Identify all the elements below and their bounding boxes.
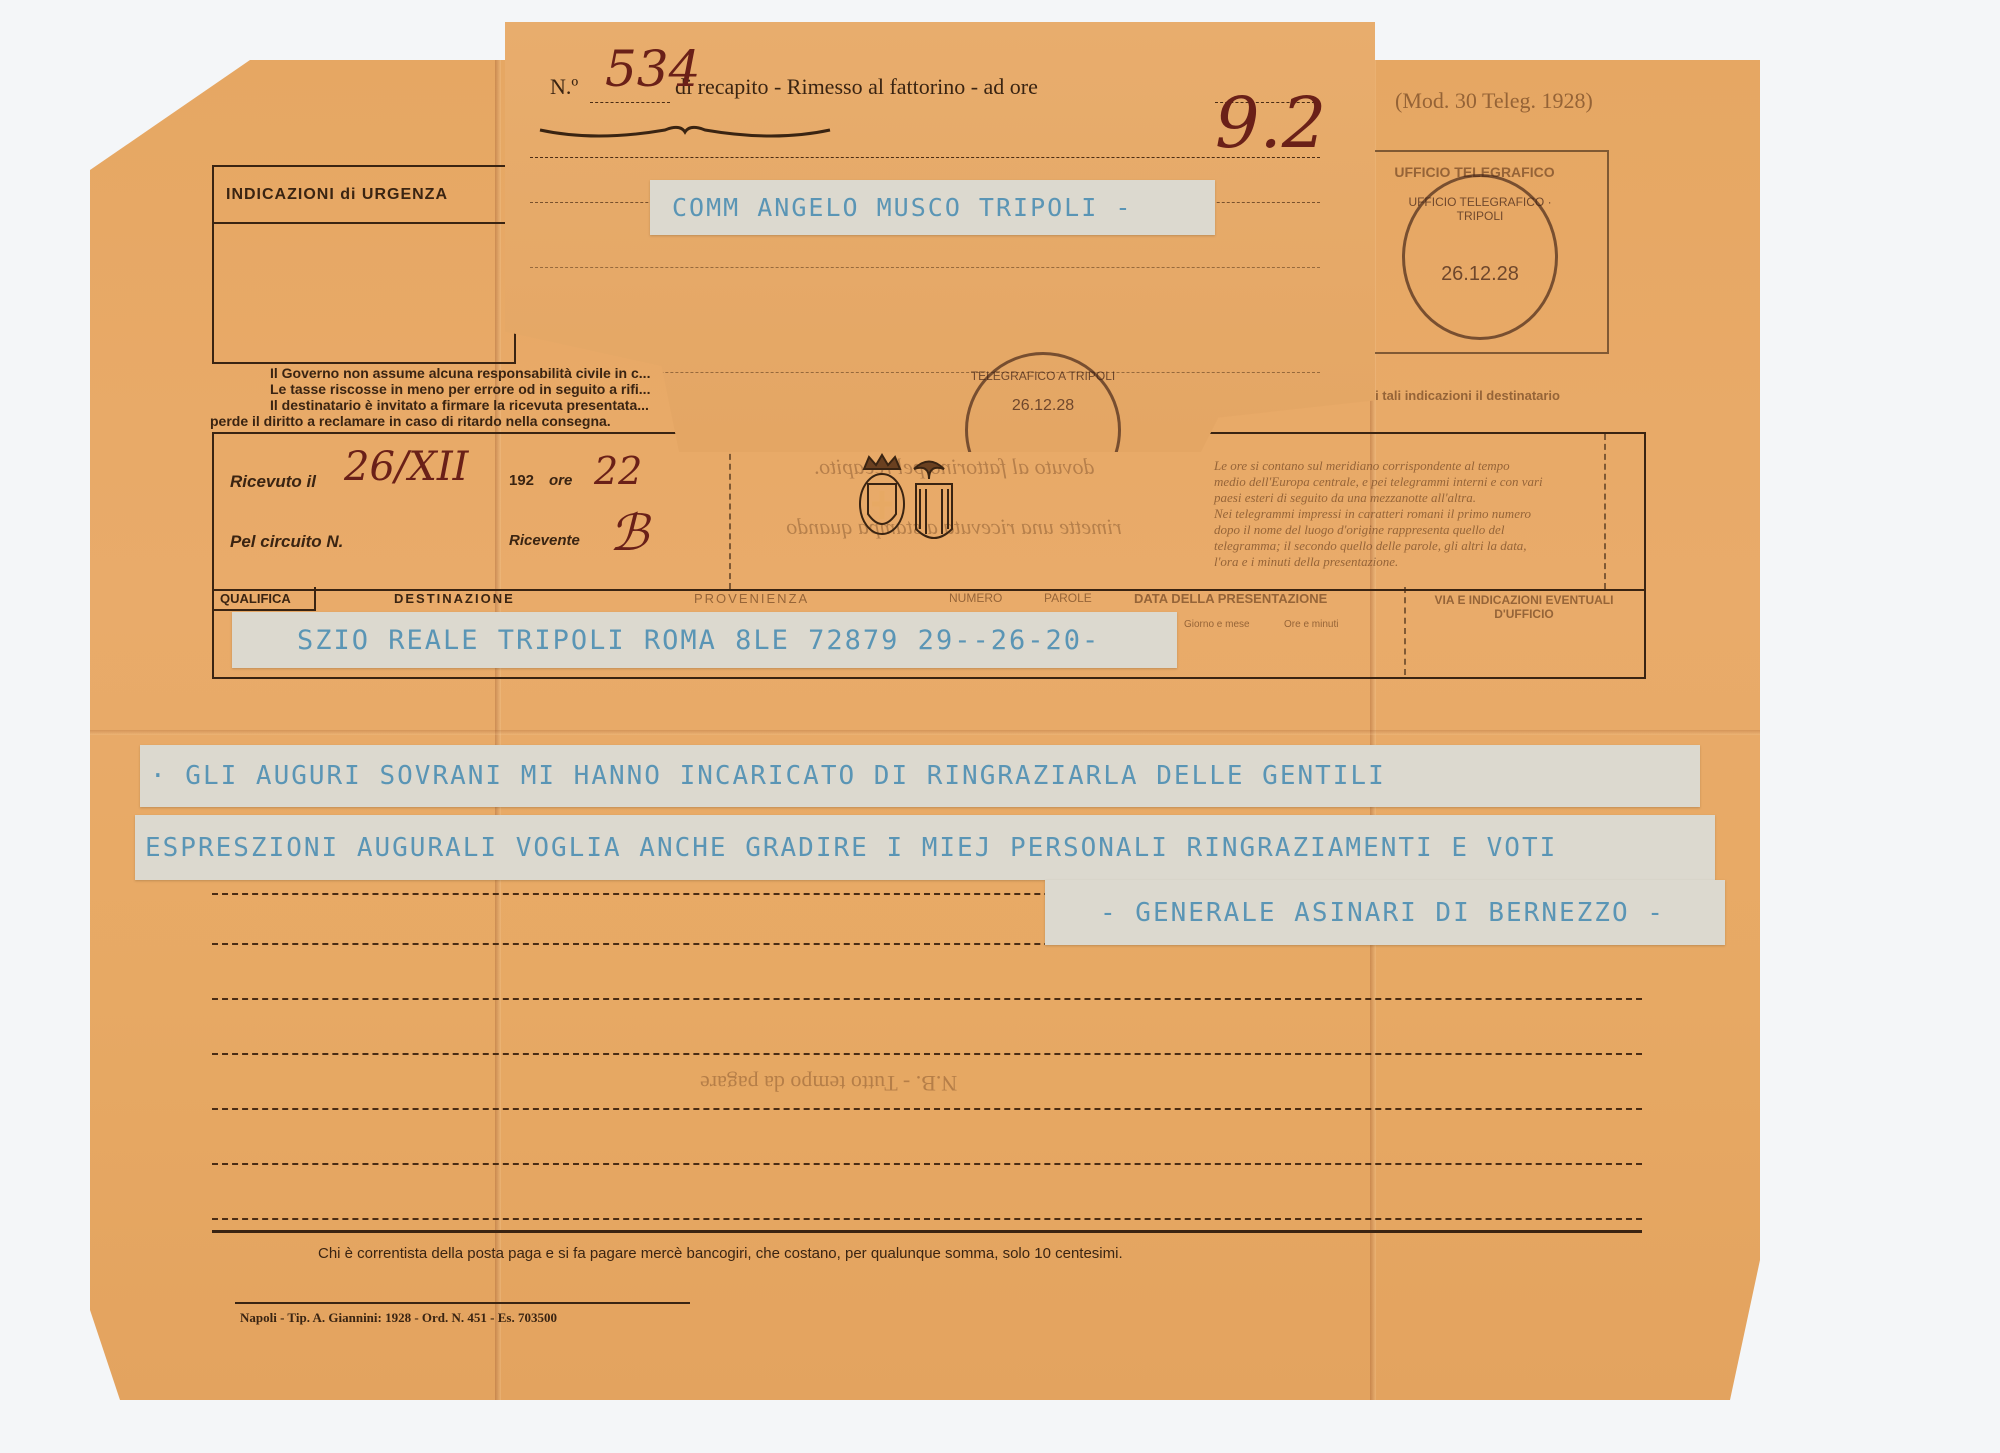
postmark-stamp: UFFICIO TELEGRAFICO · TRIPOLI 26.12.28 [1402, 174, 1558, 340]
writing-line [212, 1163, 1642, 1165]
model-label: (Mod. 30 Teleg. 1928) [1395, 88, 1593, 114]
col-data-ore: Ore e minuti [1284, 619, 1338, 630]
header-tape: SZIO REALE TRIPOLI ROMA 8LE 72879 29--26… [232, 612, 1177, 668]
disclaimer-text: Il Governo non assume alcuna responsabil… [210, 365, 650, 429]
writing-line-solid [212, 1230, 1642, 1233]
hour-label: ore [549, 472, 572, 489]
mirrored-footer: N.B. - Tutto tempo da pagare [700, 1070, 957, 1096]
writing-line [212, 1218, 1642, 1220]
col-qualifica: QUALIFICA [220, 591, 291, 606]
printer-rule [235, 1302, 690, 1304]
footer-notice: Chi è correntista della posta paga e si … [318, 1245, 1123, 1262]
col-provenienza: PROVENIENZA [694, 591, 809, 606]
ornament-icon [535, 122, 835, 132]
flap-number-handwritten: 534 [605, 40, 700, 98]
col-destinazione: DESTINAZIONE [394, 591, 515, 606]
received-label: Ricevuto il [230, 472, 316, 492]
year-label: 192 [509, 472, 534, 489]
received-date-handwritten: 26/XII [344, 444, 468, 490]
hour-handwritten: 22 [594, 449, 642, 493]
coat-of-arms-icon [854, 449, 964, 559]
urgency-title: INDICAZIONI di URGENZA [226, 186, 448, 204]
signature-tape: - GENERALE ASINARI DI BERNEZZO - [1045, 880, 1725, 945]
circuit-label: Pel circuito N. [230, 532, 343, 552]
receiver-signature: ℬ [609, 504, 648, 562]
urgency-box: INDICAZIONI di URGENZA [212, 165, 516, 364]
recipient-tape: COMM ANGELO MUSCO TRIPOLI - [650, 180, 1215, 235]
col-data-giorno: Giorno e mese [1184, 619, 1250, 630]
writing-line [212, 1053, 1642, 1055]
flap-number-label: N.º [550, 74, 578, 100]
col-numero: NUMERO [949, 591, 1002, 605]
receipt-box: Ricevuto il 192 ore Pel circuito N. Rice… [212, 432, 1646, 591]
col-via: VIA E INDICAZIONI EVENTUALI D'UFFICIO [1414, 593, 1634, 621]
writing-line [212, 998, 1642, 1000]
col-data: DATA DELLA PRESENTAZIONE [1134, 591, 1327, 606]
notes-box: Le ore si contano sul meridiano corrispo… [1214, 458, 1543, 570]
receiver-label: Ricevente [509, 532, 580, 549]
col-parole: PAROLE [1044, 591, 1092, 605]
fold-crease [90, 730, 1760, 735]
message-tape-1: · GLI AUGURI SOVRANI MI HANNO INCARICATO… [140, 745, 1700, 807]
message-tape-2: ESPRESZIONI AUGURALI VOGLIA ANCHE GRADIR… [135, 815, 1715, 880]
flap-hour-handwritten: 9.2 [1215, 82, 1326, 164]
office-box: UFFICIO TELEGRAFICO UFFICIO TELEGRAFICO … [1340, 150, 1609, 354]
flap-delivery-text: di recapito - Rimesso al fattorino - ad … [675, 74, 1038, 100]
writing-line [212, 1108, 1642, 1110]
printer-line: Napoli - Tip. A. Giannini: 1928 - Ord. N… [240, 1310, 557, 1326]
